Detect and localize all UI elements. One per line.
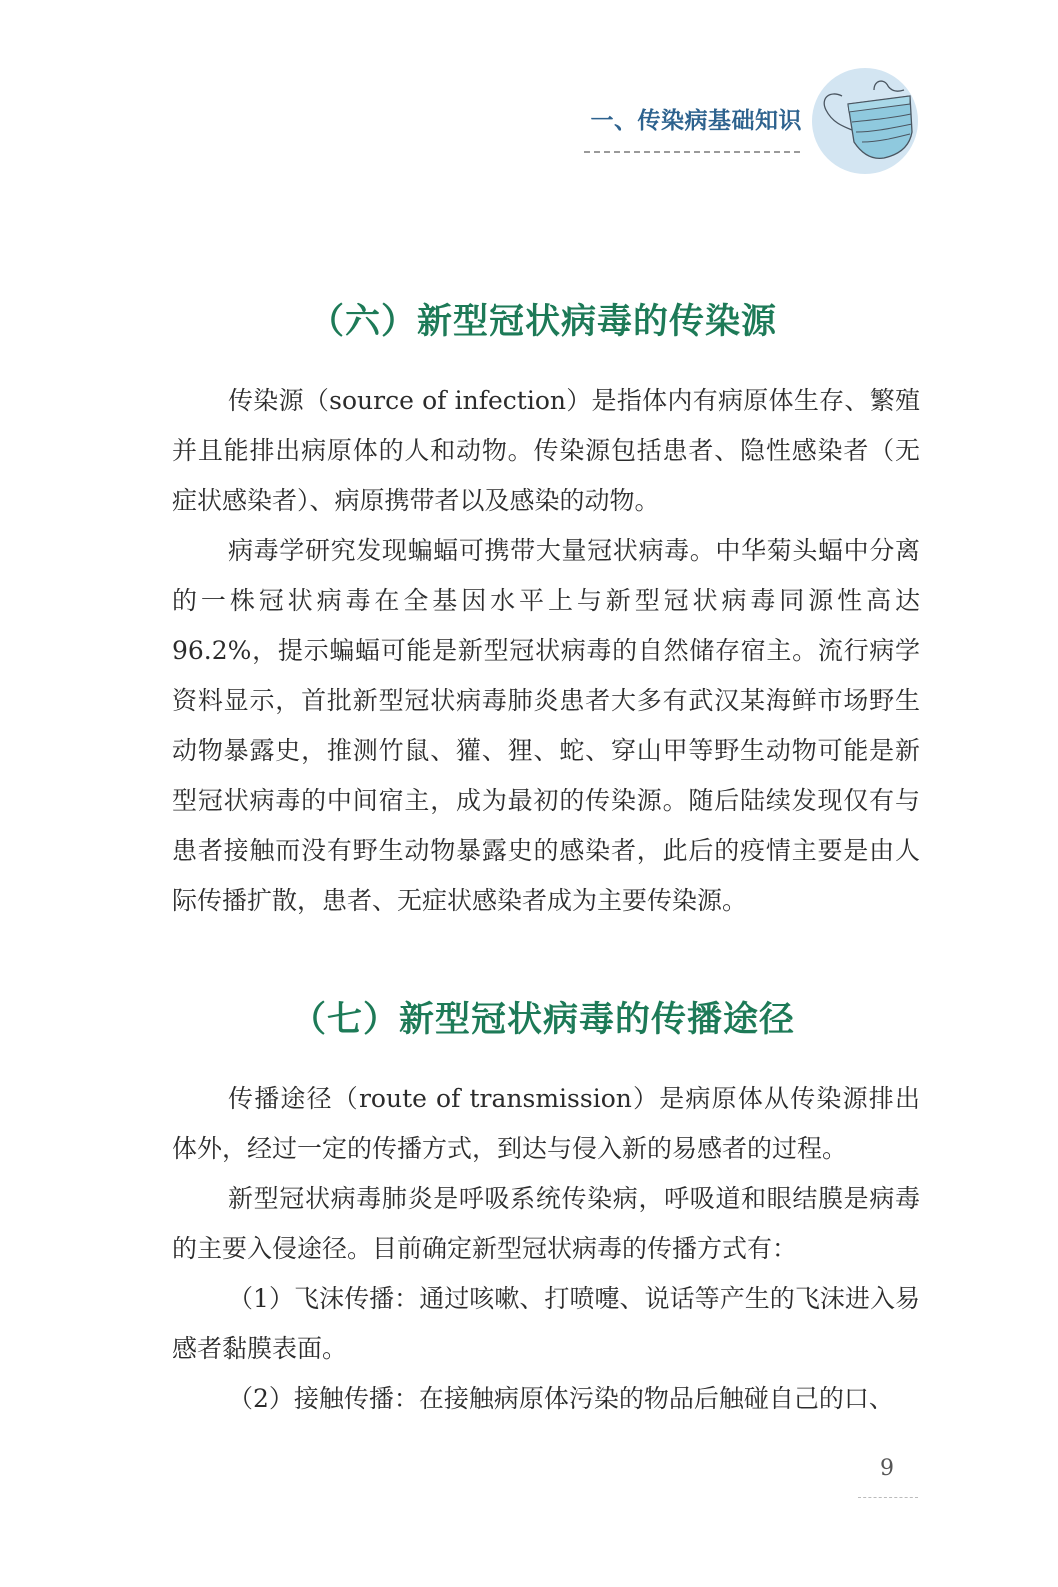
page-number: 9 xyxy=(872,1456,902,1481)
section-body-transmission: 传播途径（route of transmission）是病原体从传染源排出体外，… xyxy=(172,1074,920,1424)
chapter-title: 一、传染病基础知识 xyxy=(584,104,802,138)
list-item: （2）接触传播：在接触病原体污染的物品后触碰自己的口、 xyxy=(172,1374,920,1424)
paragraph: 传播途径（route of transmission）是病原体从传染源排出体外，… xyxy=(172,1074,920,1174)
section-heading-transmission: （七）新型冠状病毒的传播途径 xyxy=(0,992,1058,1042)
header-dashed-rule xyxy=(584,151,800,153)
paragraph: 新型冠状病毒肺炎是呼吸系统传染病，呼吸道和眼结膜是病毒的主要入侵途径。目前确定新… xyxy=(172,1174,920,1274)
footer-dashed-rule xyxy=(858,1497,918,1498)
paragraph: 传染源（source of infection）是指体内有病原体生存、繁殖并且能… xyxy=(172,376,920,526)
face-mask-icon xyxy=(812,68,918,174)
section-heading-source: （六）新型冠状病毒的传染源 xyxy=(0,294,1058,344)
running-header: 一、传染病基础知识 xyxy=(584,104,802,164)
paragraph: 病毒学研究发现蝙蝠可携带大量冠状病毒。中华菊头蝠中分离的一株冠状病毒在全基因水平… xyxy=(172,526,920,926)
section-body-source: 传染源（source of infection）是指体内有病原体生存、繁殖并且能… xyxy=(172,376,920,926)
list-item: （1）飞沫传播：通过咳嗽、打喷嚏、说话等产生的飞沫进入易感者黏膜表面。 xyxy=(172,1274,920,1374)
